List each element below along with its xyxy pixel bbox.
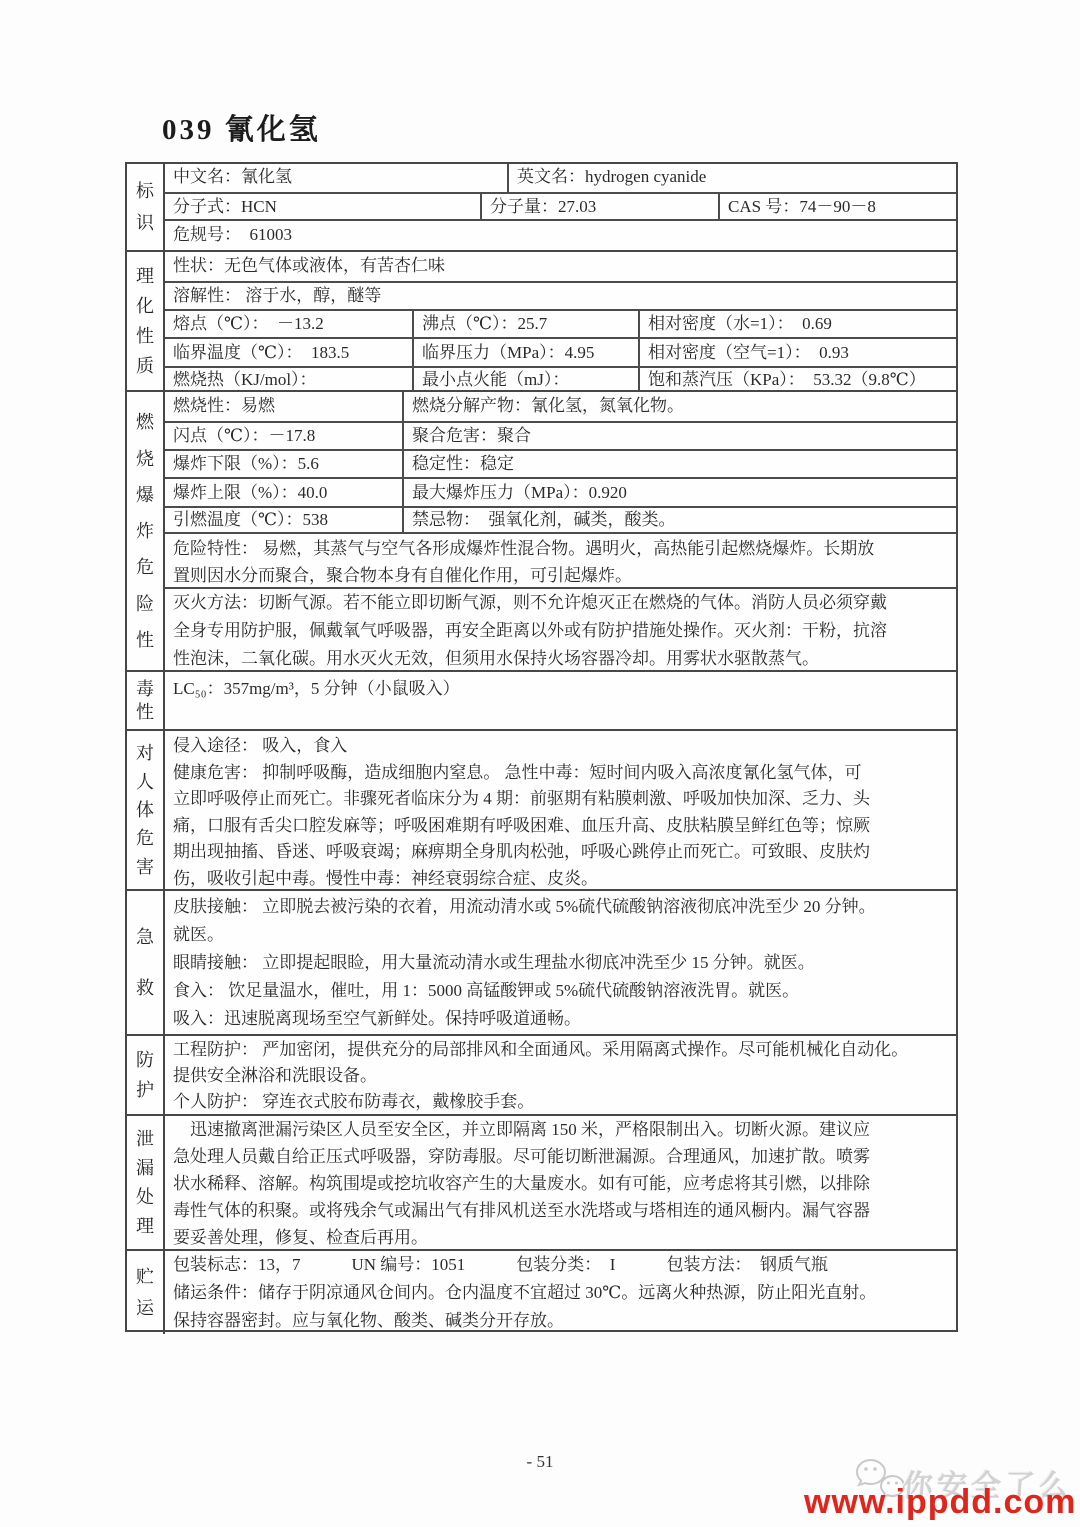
cell-cn-name: 中文名：氰化氢 bbox=[165, 164, 507, 192]
cell-decomposition-products: 燃烧分解产物：氰化氢，氮氧化物。 bbox=[402, 392, 956, 421]
section-storage: 贮运 包装标志：13，7 UN 编号：1051 包装分类： I 包装方法： 钢质… bbox=[127, 1249, 956, 1334]
cell-leakage: 迅速撤离泄漏污染区人员至安全区，并立即隔离 150 米，严格限制出入。切断火源。… bbox=[165, 1116, 956, 1249]
cell-ignition-temp: 引燃温度（℃）：538 bbox=[165, 508, 402, 532]
cell-hazard-characteristics: 危险特性： 易燃，其蒸气与空气各形成爆炸性混合物。遇明火，高热能引起燃烧爆炸。长… bbox=[165, 534, 956, 587]
cell-fire-fighting: 灭火方法：切断气源。若不能立即切断气源，则不允许熄灭正在燃烧的气体。消防人员必须… bbox=[165, 589, 956, 672]
section-identification: 标识 中文名：氰化氢 英文名：hydrogen cyanide 分子式：HCN … bbox=[127, 164, 956, 250]
watermark-site: www.ippdd.com bbox=[804, 1483, 1076, 1522]
section-fire-explosion: 燃烧爆炸危险性 燃烧性：易燃 燃烧分解产物：氰化氢，氮氧化物。 闪点（℃）：－1… bbox=[127, 390, 956, 670]
section-label-first-aid: 急救 bbox=[127, 891, 165, 1034]
cell-incompatibilities: 禁忌物： 强氧化剂，碱类，酸类。 bbox=[402, 508, 956, 532]
cell-max-explosion-pressure: 最大爆炸压力（MPa）：0.920 bbox=[402, 479, 956, 506]
cell-critical-temp: 临界温度（℃）： 183.5 bbox=[165, 339, 412, 366]
msds-table: 标识 中文名：氰化氢 英文名：hydrogen cyanide 分子式：HCN … bbox=[125, 162, 958, 1332]
section-toxicity: 毒性 LC₅₀：357mg/m³，5 分钟（小鼠吸入） bbox=[127, 670, 956, 729]
cell-stability: 稳定性：稳定 bbox=[402, 451, 956, 477]
cell-density-air: 相对密度（空气=1）： 0.93 bbox=[638, 339, 956, 366]
section-label-leakage: 泄漏处理 bbox=[127, 1116, 165, 1249]
cell-formula: 分子式：HCN bbox=[165, 194, 480, 219]
msds-page: 039 氰化氢 标识 中文名：氰化氢 英文名：hydrogen cyanide … bbox=[0, 0, 1080, 1527]
cell-cas-no: CAS 号：74－90－8 bbox=[718, 194, 956, 219]
cell-mol-weight: 分子量：27.03 bbox=[480, 194, 718, 219]
section-label-storage: 贮运 bbox=[127, 1251, 165, 1334]
section-label-physchem: 理化性质 bbox=[127, 252, 165, 390]
cell-solubility: 溶解性： 溶于水，醇，醚等 bbox=[165, 283, 956, 309]
cell-density-water: 相对密度（水=1）： 0.69 bbox=[638, 311, 956, 337]
cell-protection: 工程防护： 严加密闭，提供充分的局部排风和全面通风。采用隔离式操作。尽可能机械化… bbox=[165, 1036, 956, 1114]
cell-first-aid: 皮肤接触： 立即脱去被污染的衣着，用流动清水或 5%硫代硫酸钠溶液彻底冲洗至少 … bbox=[165, 891, 956, 1034]
cell-flash-point: 闪点（℃）：－17.8 bbox=[165, 423, 402, 449]
section-label-protection: 防护 bbox=[127, 1036, 165, 1114]
section-leakage: 泄漏处理 迅速撤离泄漏污染区人员至安全区，并立即隔离 150 米，严格限制出入。… bbox=[127, 1114, 956, 1249]
cell-saturated-vapor-pressure: 饱和蒸汽压（KPa）： 53.32（9.8℃） bbox=[638, 368, 956, 392]
cell-min-ignition-energy: 最小点火能（mJ）： bbox=[412, 368, 638, 392]
section-physchem: 理化性质 性状：无色气体或液体，有苦杏仁味 溶解性： 溶于水，醇，醚等 熔点（℃… bbox=[127, 250, 956, 390]
cell-danger-no: 危规号： 61003 bbox=[165, 221, 956, 250]
cell-appearance: 性状：无色气体或液体，有苦杏仁味 bbox=[165, 252, 956, 281]
cell-explosion-lower-limit: 爆炸下限（%）：5.6 bbox=[165, 451, 402, 477]
section-first-aid: 急救 皮肤接触： 立即脱去被污染的衣着，用流动清水或 5%硫代硫酸钠溶液彻底冲洗… bbox=[127, 889, 956, 1034]
cell-boiling-point: 沸点（℃）：25.7 bbox=[412, 311, 638, 337]
cell-lc50: LC₅₀：357mg/m³，5 分钟（小鼠吸入） bbox=[165, 672, 956, 729]
cell-polymerization-hazard: 聚合危害：聚合 bbox=[402, 423, 956, 449]
cell-critical-pressure: 临界压力（MPa）：4.95 bbox=[412, 339, 638, 366]
cell-health-hazard: 侵入途径： 吸入，食入 健康危害： 抑制呼吸酶，造成细胞内窒息。 急性中毒：短时… bbox=[165, 731, 956, 889]
cell-en-name: 英文名：hydrogen cyanide bbox=[507, 164, 956, 192]
section-protection: 防护 工程防护： 严加密闭，提供充分的局部排风和全面通风。采用隔离式操作。尽可能… bbox=[127, 1034, 956, 1114]
cell-combustion-heat: 燃烧热（KJ/mol）： bbox=[165, 368, 412, 392]
section-label-identification: 标识 bbox=[127, 164, 165, 250]
cell-explosion-upper-limit: 爆炸上限（%）：40.0 bbox=[165, 479, 402, 506]
section-label-fire-explosion: 燃烧爆炸危险性 bbox=[127, 392, 165, 670]
section-health-hazard: 对人体危害 侵入途径： 吸入，食入 健康危害： 抑制呼吸酶，造成细胞内窒息。 急… bbox=[127, 729, 956, 889]
cell-melting-point: 熔点（℃）： －13.2 bbox=[165, 311, 412, 337]
cell-flammability: 燃烧性：易燃 bbox=[165, 392, 402, 421]
cell-storage: 包装标志：13，7 UN 编号：1051 包装分类： I 包装方法： 钢质气瓶 … bbox=[165, 1251, 956, 1334]
page-title: 039 氰化氢 bbox=[162, 107, 321, 148]
section-label-toxicity: 毒性 bbox=[127, 672, 165, 729]
section-label-health-hazard: 对人体危害 bbox=[127, 731, 165, 889]
